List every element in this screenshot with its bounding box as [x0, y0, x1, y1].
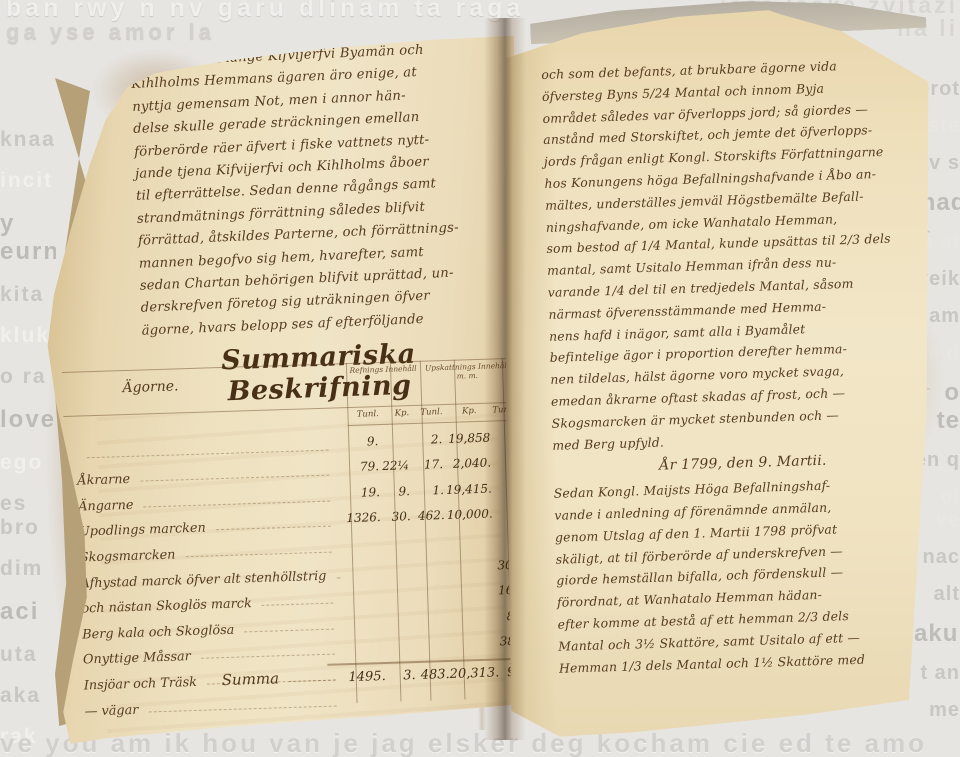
paragraph-2: Sedan Kongl. Maijsts Höga Befallningshaf…	[553, 472, 939, 679]
unit-header: Kp.	[388, 408, 416, 419]
row-value: 30.	[381, 509, 411, 524]
watermark-word: kluk	[0, 324, 56, 348]
watermark-left-column: knaaincity eurnkitakluko raloveegoes bro…	[0, 128, 56, 748]
leader-dashes	[185, 551, 331, 558]
row-value: 19.	[336, 485, 380, 500]
book-gutter-shadow	[484, 18, 526, 740]
row-value	[414, 625, 448, 626]
row-value	[382, 549, 412, 550]
watermark-word: kita	[0, 283, 56, 307]
leader-dashes	[148, 704, 336, 712]
table-header-group: Refnings Innehåll	[348, 365, 418, 376]
row-value: 17.	[409, 457, 443, 472]
leader-dashes	[262, 602, 334, 606]
watermark-word: es bro	[0, 492, 56, 540]
unit-header: Tunl.	[347, 409, 388, 420]
watermark-word: aka	[0, 684, 56, 708]
row-value	[412, 548, 446, 549]
summa-value: 3.	[385, 668, 415, 684]
summa-value: 483.	[415, 667, 449, 683]
summa-value: 1495.	[342, 669, 386, 685]
watermark-top-left: ban rwy n nv garu dlinam ta raga ga yse …	[6, 0, 524, 44]
watermark-word: ego	[0, 451, 56, 475]
row-value	[417, 701, 451, 702]
row-value	[346, 575, 388, 576]
leader-dashes	[216, 525, 331, 531]
watermark-word: o ra	[0, 365, 56, 389]
row-value	[387, 703, 417, 704]
unit-header: Tunl.	[416, 407, 448, 418]
row-value	[383, 600, 413, 601]
watermark-word: knaa	[0, 128, 56, 152]
row-value	[388, 575, 417, 576]
right-page: och som det befants, at brukbare ägorne …	[505, 8, 937, 744]
row-value: 1326.	[337, 510, 381, 525]
watermark-word: uta	[0, 643, 56, 667]
row-value: 462.	[410, 508, 444, 523]
watermark-word: incit	[0, 169, 56, 193]
table-header-owner: Ägorne.	[122, 378, 178, 396]
watermark-word: me	[914, 699, 960, 722]
row-value	[340, 627, 384, 628]
watermark-text: ban rwy n nv garu dlinam ta raga	[6, 0, 524, 20]
row-value	[343, 703, 387, 704]
watermark-word: alt	[914, 583, 960, 606]
row-value	[415, 650, 449, 651]
watermark-word: akup	[914, 620, 960, 648]
watermark-word: nac	[914, 546, 960, 569]
leader-dashes	[143, 499, 330, 507]
leader-dashes	[201, 653, 335, 659]
row-label: — vägar	[72, 702, 138, 719]
leader-dashes	[244, 627, 334, 632]
row-value	[379, 447, 409, 448]
leader-dashes	[140, 474, 329, 482]
row-value	[385, 651, 415, 652]
leader-dashes	[336, 576, 340, 578]
row-value: 1.	[410, 483, 444, 498]
left-page-text: näh drägt, så länge Kifvijerfvi Byamän o…	[130, 36, 514, 343]
right-page-text: och som det befants, at brukbare ägorne …	[541, 53, 939, 679]
watermark-word: t an	[914, 662, 960, 685]
row-value: 2.	[408, 432, 442, 447]
row-value	[341, 652, 385, 653]
watermark-word: love	[0, 406, 56, 434]
row-label: Åkrarne	[65, 472, 130, 489]
left-page: näh drägt, så länge Kifvijerfvi Byamän o…	[42, 30, 514, 748]
row-value: 79.	[335, 459, 379, 474]
watermark-word: dim	[0, 557, 56, 581]
row-value	[384, 626, 414, 627]
leader-dashes	[289, 679, 336, 682]
paragraph-1: och som det befants, at brukbare ägorne …	[541, 53, 932, 456]
row-value	[339, 601, 383, 602]
row-value	[413, 599, 447, 600]
row-value: 22¼	[379, 458, 409, 473]
row-value: 9.	[380, 484, 410, 499]
summary-table: Ägorne. Refnings Innehåll Upskattnings I…	[62, 358, 525, 720]
watermark-word: aci	[0, 598, 56, 626]
row-value	[417, 573, 450, 574]
row-value: 9.	[334, 434, 378, 449]
row-value	[338, 550, 382, 551]
watermark-word: y eurn	[0, 210, 56, 266]
photo-canvas: ban rwy n nv garu dlinam ta raga ga yse …	[0, 0, 960, 757]
